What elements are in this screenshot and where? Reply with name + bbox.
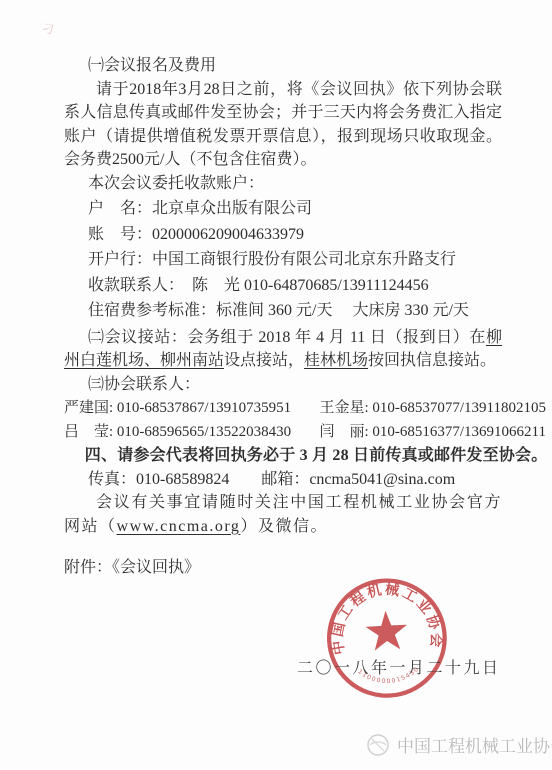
pickup-text-3: 按回执信息接站。 bbox=[368, 352, 496, 369]
pickup-text-2: 设点接站， bbox=[224, 352, 304, 369]
section2-pickup: ㈡会议接站：会务组于 2018 年 4 月 11 日（报到日）在柳州白莲机场、柳… bbox=[64, 326, 546, 373]
contact-lvying: 吕 莹: 010-68596565/13522038430 bbox=[64, 420, 291, 444]
contact-yanjianguo: 严建国: 010-68537867/13910735951 bbox=[64, 396, 291, 420]
document-body: ㈠会议报名及费用 请于2018年3月28日之前，将《会议回执》依下列协会联系人信… bbox=[64, 54, 546, 580]
attachment-line: 附件：《会议回执》 bbox=[64, 556, 546, 580]
fax-email-line: 传真：010-68589824 邮箱：cncma5041@sina.com bbox=[64, 468, 546, 492]
item4-deadline-line: 四、请参会代表将回执务必于 3 月 28 日前传真或邮件发至协会。 bbox=[64, 444, 546, 468]
corner-ink-mark: 刁 bbox=[41, 19, 56, 38]
account-details: 户 名：北京卓众出版有限公司 账 号：0200006209004633979 开… bbox=[64, 196, 546, 324]
website-text-2: ）及微信。 bbox=[240, 518, 328, 535]
contacts-row-1: 严建国: 010-68537867/13910735951 王金星: 010-6… bbox=[64, 396, 546, 420]
account-intro: 本次会议委托收款账户： bbox=[64, 172, 546, 196]
website-paragraph: 会议有关事宜请随时关注中国工程机械工业协会官方网站（www.cncma.org）… bbox=[64, 491, 546, 538]
contacts-row-2: 吕 莹: 010-68596565/13522038430 闫 丽: 010-6… bbox=[64, 420, 546, 444]
contact-yanli: 闫 丽: 010-68516377/13691066211 bbox=[319, 420, 546, 444]
official-seal: 中国工程机械工业协会 1100000015430 bbox=[313, 570, 462, 709]
pickup-location-guilin: 桂林机场 bbox=[304, 352, 368, 369]
association-logo-icon bbox=[366, 733, 390, 757]
website-url: www.cncma.org bbox=[117, 518, 241, 535]
footer-org-name: 中国工程机械工业协会 bbox=[397, 732, 552, 757]
article-footer: 中国工程机械工业协会 bbox=[366, 732, 552, 757]
account-name-line: 户 名：北京卓众出版有限公司 bbox=[64, 196, 546, 222]
bank-branch-line: 开户行：中国工商银行股份有限公司北京东升路支行 bbox=[64, 247, 546, 273]
payment-contact-line: 收款联系人： 陈 光 010-64870685/13911124456 bbox=[64, 273, 546, 299]
section1-heading: ㈠会议报名及费用 bbox=[64, 54, 546, 78]
hotel-rate-line: 住宿费参考标准：标准间 360 元/天 大床房 330 元/天 bbox=[64, 298, 546, 324]
document-page: 刁 ㈠会议报名及费用 请于2018年3月28日之前，将《会议回执》依下列协会联系… bbox=[0, 0, 552, 770]
section1-body: 请于2018年3月28日之前，将《会议回执》依下列协会联系人信息传真或邮件发至协… bbox=[64, 78, 546, 172]
account-number-line: 账 号：0200006209004633979 bbox=[64, 222, 546, 248]
pickup-text-1: ㈡会议接站：会务组于 2018 年 4 月 11 日（报到日）在 bbox=[88, 329, 486, 346]
association-contacts: 严建国: 010-68537867/13910735951 王金星: 010-6… bbox=[64, 396, 546, 444]
section3-heading: ㈢协会联系人： bbox=[64, 373, 546, 397]
issue-date: 二〇一八年一月二十九日 bbox=[297, 655, 501, 678]
seal-star-icon bbox=[365, 610, 408, 651]
contact-wangjinxing: 王金星: 010-68537077/13911802105 bbox=[319, 396, 546, 420]
